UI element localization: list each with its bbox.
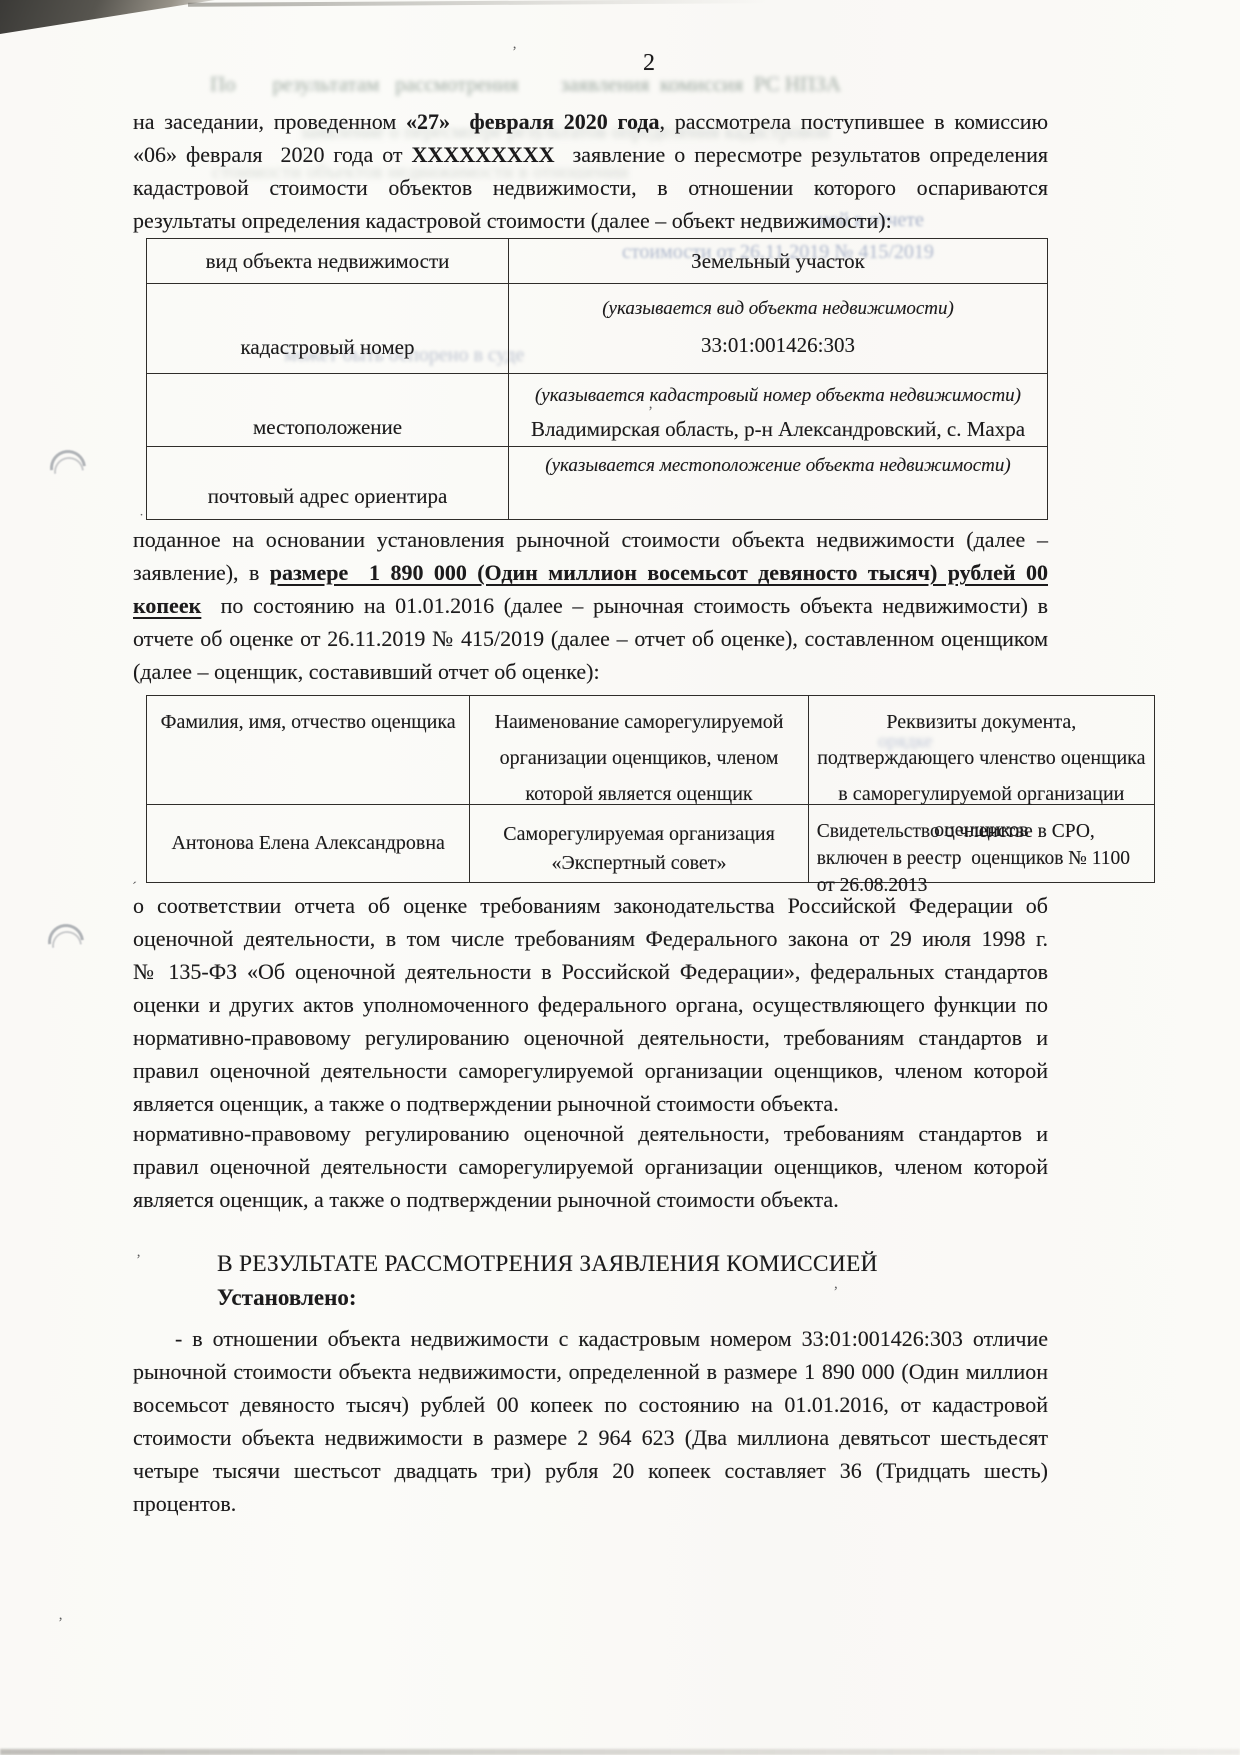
- redacted-applicant-bold: ХХХХХХХХХ: [412, 142, 555, 167]
- row-label: местоположение: [147, 374, 509, 446]
- header-cell: Наименование саморегулируемой организаци…: [470, 696, 808, 804]
- paragraph-findings: - в отношении объекта недвижимости с кад…: [133, 1322, 1048, 1520]
- membership-doc-cell: Свидетельство о членстве в СРО, включен …: [809, 805, 1154, 882]
- section-heading: В РЕЗУЛЬТАТЕ РАССМОТРЕНИЯ ЗАЯВЛЕНИЯ КОМИ…: [133, 1251, 1048, 1278]
- bleedthrough-text: По результатам рассмотрения заявления ко…: [210, 72, 980, 97]
- row-value-cell: Земельный участок: [509, 239, 1047, 283]
- paragraph-compliance: о соответствии отчета об оценке требован…: [133, 889, 1048, 1120]
- subsection-heading: Установлено:: [133, 1285, 1048, 1311]
- paragraph-text: по состоянию на 01.01.2016 (далее – рыно…: [133, 593, 1048, 684]
- table-row: почтовый адрес ориентира (указывается ме…: [147, 446, 1047, 519]
- table-header-row: Фамилия, имя, отчество оценщика Наименов…: [147, 696, 1154, 805]
- paragraph-market-value: поданное на основании установления рыноч…: [133, 523, 1048, 688]
- appraiser-table: Фамилия, имя, отчество оценщика Наименов…: [146, 695, 1155, 883]
- table-row: кадастровый номер (указывается вид объек…: [147, 283, 1047, 373]
- page-number: 2: [643, 50, 655, 77]
- paragraph-intro: на заседании, проведенном «27» февраля 2…: [133, 105, 1048, 237]
- row-value-cell: (указывается кадастровый номер объекта н…: [509, 374, 1047, 446]
- cell-value: Владимирская область, р-н Александровски…: [509, 417, 1047, 442]
- cell-value: Земельный участок: [691, 249, 865, 274]
- header-cell: Реквизиты документа, подтверждающего чле…: [809, 696, 1154, 804]
- row-label: почтовый адрес ориентира: [147, 447, 509, 519]
- appraiser-name-cell: Антонова Елена Александровна: [147, 805, 470, 882]
- result-section: В РЕЗУЛЬТАТЕ РАССМОТРЕНИЯ ЗАЯВЛЕНИЯ КОМИ…: [133, 1251, 1048, 1311]
- table-row: Антонова Елена Александровна Саморегулир…: [147, 805, 1154, 882]
- row-value-cell: (указывается местоположение объекта недв…: [509, 447, 1047, 519]
- cell-caption: (указывается местоположение объекта недв…: [509, 447, 1047, 477]
- table-row: местоположение (указывается кадастровый …: [147, 373, 1047, 446]
- paragraph-text: на заседании, проведенном: [133, 109, 406, 134]
- cell-caption: (указывается кадастровый номер объекта н…: [509, 374, 1047, 407]
- scan-edge-top-line: [188, 0, 768, 7]
- scan-edge-bottom-noise: [0, 1749, 1240, 1755]
- hole-punch-mark: [48, 448, 90, 494]
- row-value-cell: (указывается вид объекта недвижимости) 3…: [509, 284, 1047, 373]
- ink-speck: ’: [512, 44, 517, 61]
- date-meeting-bold: «27» февраля 2020 года: [406, 109, 659, 134]
- table-row: вид объекта недвижимости Земельный участ…: [147, 239, 1047, 283]
- hole-punch-mark: [46, 922, 88, 968]
- property-details-table: вид объекта недвижимости Земельный участ…: [146, 238, 1048, 520]
- cell-value: 33:01:001426:303: [509, 333, 1047, 358]
- sro-name-cell: Саморегулируемая организация «Экспертный…: [470, 805, 808, 882]
- cell-caption: (указывается вид объекта недвижимости): [509, 284, 1047, 320]
- scanned-document-page: По результатам рассмотрения заявления ко…: [0, 0, 1240, 1755]
- row-label: кадастровый номер: [147, 284, 509, 373]
- row-label: вид объекта недвижимости: [147, 239, 509, 283]
- ink-speck: ’: [58, 1615, 63, 1632]
- paragraph-compliance-repeat: нормативно-правовому регулированию оцено…: [133, 1117, 1048, 1216]
- header-cell: Фамилия, имя, отчество оценщика: [147, 696, 470, 804]
